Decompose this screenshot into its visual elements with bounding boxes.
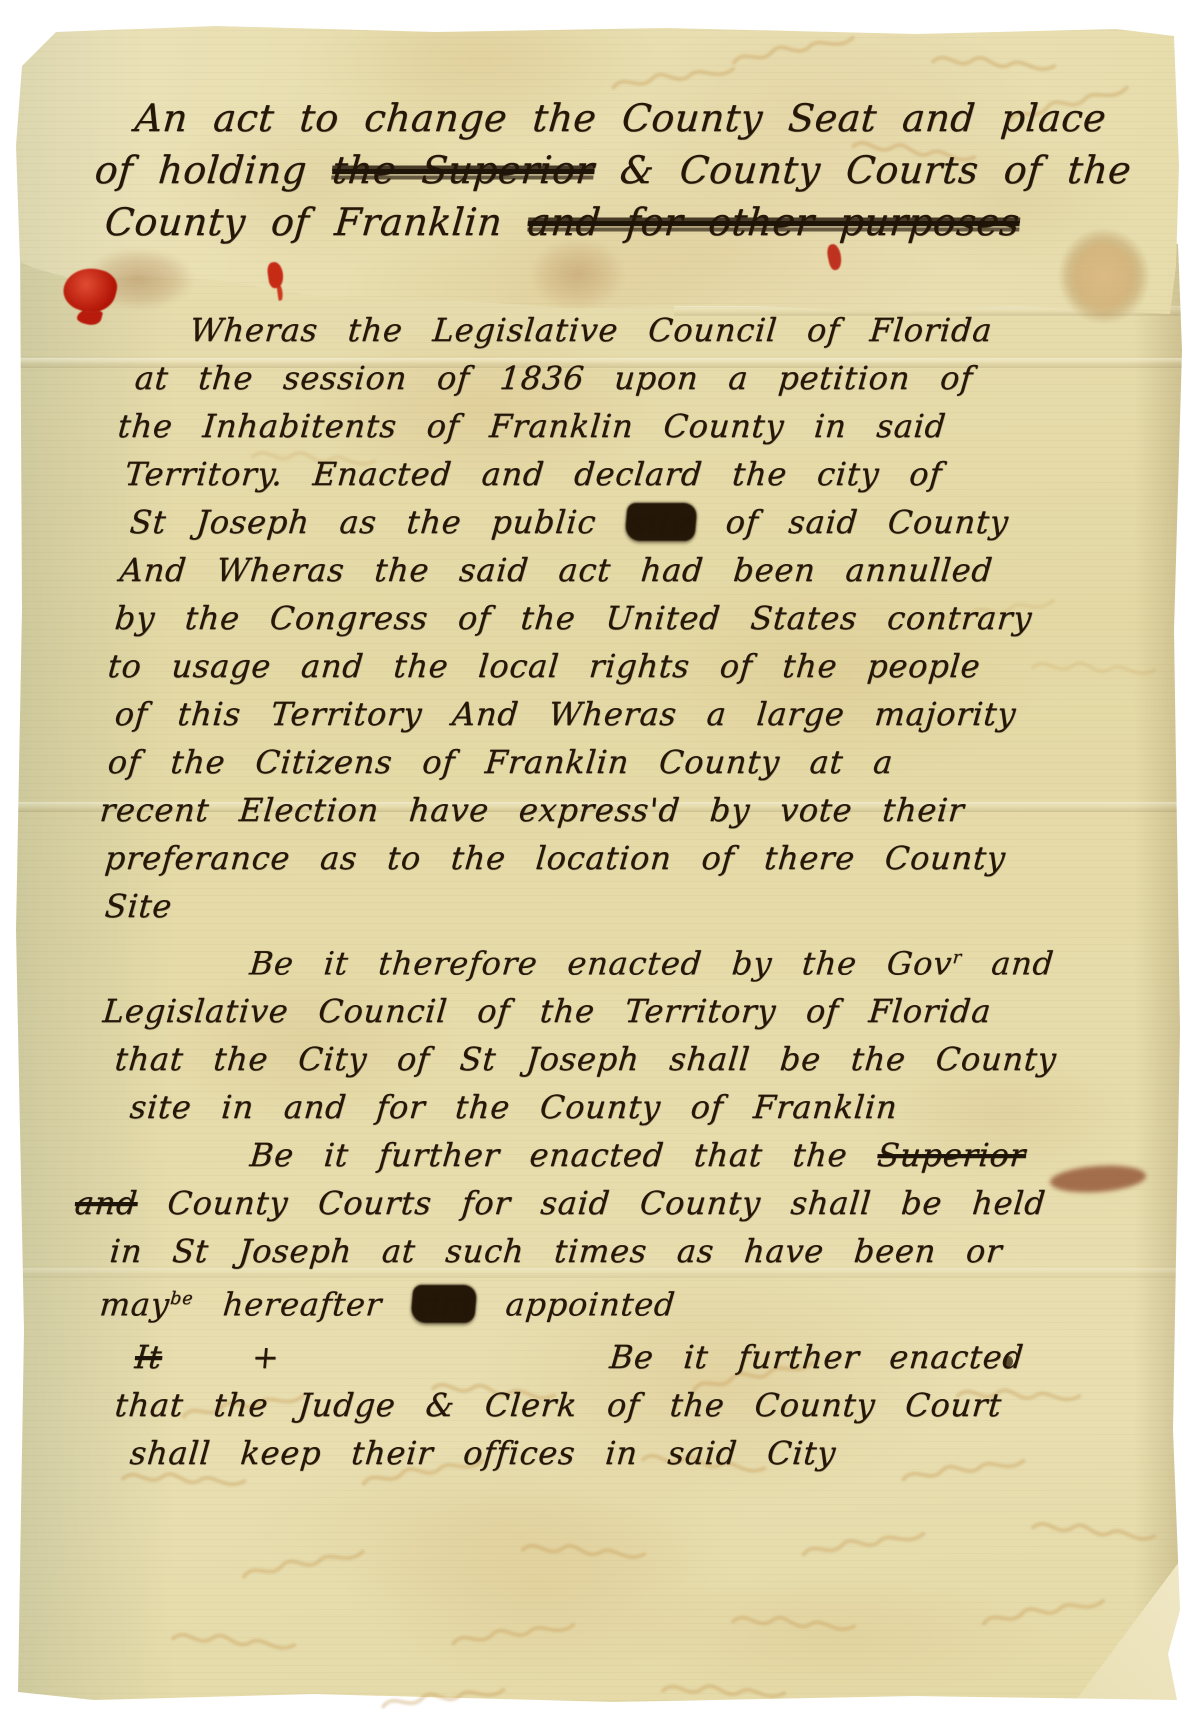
handwritten-text: of holding	[93, 148, 334, 192]
handwritten-line: Be it further enacted that the Superior	[248, 1131, 1059, 1179]
handwritten-line: maybe hereafter tim appointed	[98, 1275, 1059, 1328]
handwritten-text: Be it further enacted	[608, 1338, 1025, 1376]
handwritten-text: preferance as to the location of there C…	[103, 839, 1007, 877]
handwritten-line: It+Be it further enacted	[133, 1333, 1059, 1381]
handwritten-text: Be it therefore enacted by the Gov	[248, 944, 954, 982]
handwritten-text: Territory. Enacted and declard the city …	[123, 455, 943, 493]
handwritten-text: Site	[103, 887, 173, 925]
handwritten-text: shall keep their offices in said City	[128, 1434, 837, 1472]
handwritten-text: Legislative Council of the Territory of …	[101, 992, 993, 1030]
struck-text: the Superior	[330, 148, 596, 192]
handwritten-text: County Courts for said County shall be h…	[136, 1184, 1048, 1222]
handwritten-text: appointed	[474, 1286, 677, 1324]
handwritten-text: An act to change the County Seat and pla…	[133, 96, 1108, 140]
handwritten-text: to usage and the local rights of the peo…	[106, 647, 982, 685]
body-text-block: Wheras the Legislative Council of Florid…	[100, 306, 1057, 1477]
handwritten-text: that the Judge & Clerk of the County Cou…	[113, 1386, 1003, 1424]
handwritten-text: that the City of St Joseph shall be the …	[113, 1040, 1058, 1078]
struck-text: It	[133, 1338, 163, 1376]
title-block: An act to change the County Seat and pla…	[95, 92, 1131, 248]
handwritten-line: Legislative Council of the Territory of …	[101, 987, 1059, 1035]
superscript-insertion: be	[169, 1289, 194, 1309]
handwritten-line: at the session of 1836 upon a petition o…	[133, 354, 1059, 402]
handwritten-line: by the Congress of the United States con…	[113, 594, 1059, 642]
handwritten-line: recent Election have express'd by vote t…	[98, 786, 1059, 834]
folded-corner	[1070, 1558, 1182, 1708]
handwritten-line: County of Franklin and for other purpose…	[103, 196, 1134, 248]
handwritten-text: of said County	[694, 503, 1010, 541]
handwritten-line: Wheras the Legislative Council of Florid…	[188, 306, 1059, 354]
handwritten-text: in St Joseph at such times as have been …	[108, 1232, 1004, 1270]
handwritten-line: the Inhabitents of Franklin County in sa…	[116, 402, 1059, 450]
handwritten-text: Be it further enacted that the	[248, 1136, 879, 1174]
handwritten-line: of the Citizens of Franklin County at a	[106, 738, 1059, 786]
handwritten-line: and County Courts for said County shall …	[73, 1179, 1059, 1227]
scan-background: An act to change the County Seat and pla…	[0, 0, 1200, 1723]
handwritten-line: shall keep their offices in said City	[128, 1429, 1059, 1477]
handwritten-line: of this Territory And Wheras a large maj…	[113, 690, 1059, 738]
handwritten-line: of holding the Superior & County Courts …	[93, 144, 1134, 196]
handwritten-line: in St Joseph at such times as have been …	[108, 1227, 1059, 1275]
inked-out-word: site	[625, 503, 698, 541]
handwritten-line: Site	[103, 882, 1059, 930]
handwritten-text: County of Franklin	[103, 200, 530, 244]
handwritten-text: of this Territory And Wheras a large maj…	[113, 695, 1018, 733]
handwritten-line: Be it therefore enacted by the Govr and	[248, 934, 1059, 987]
handwritten-line: that the City of St Joseph shall be the …	[113, 1035, 1059, 1083]
handwritten-text: recent Election have express'd by vote t…	[98, 791, 966, 829]
handwritten-line: An act to change the County Seat and pla…	[133, 92, 1134, 144]
handwritten-line: Territory. Enacted and declard the city …	[123, 450, 1059, 498]
handwritten-line: St Joseph as the public site of said Cou…	[128, 498, 1059, 546]
handwritten-text: and	[960, 944, 1056, 982]
inked-out-word: tim	[410, 1286, 477, 1324]
handwritten-text: +	[250, 1338, 281, 1376]
handwritten-text: at the session of 1836 upon a petition o…	[133, 359, 974, 397]
handwritten-text: Wheras the Legislative Council of Florid…	[188, 311, 994, 349]
handwritten-line: site in and for the County of Franklin	[128, 1083, 1059, 1131]
struck-text: Superior	[876, 1136, 1028, 1174]
handwritten-text: And Wheras the said act had been annulle…	[118, 551, 994, 589]
handwritten-text: may	[98, 1286, 171, 1324]
handwritten-line: And Wheras the said act had been annulle…	[118, 546, 1059, 594]
struck-text: and for other purposes	[526, 200, 1022, 244]
handwritten-text: St Joseph as the public	[128, 503, 628, 541]
handwritten-line: that the Judge & Clerk of the County Cou…	[113, 1381, 1059, 1429]
handwritten-text: & County Courts of the	[592, 148, 1133, 192]
handwritten-text: site in and for the County of Franklin	[128, 1088, 899, 1126]
handwritten-text: hereafter	[191, 1286, 413, 1324]
handwritten-text: of the Citizens of Franklin County at a	[106, 743, 895, 781]
handwritten-line: preferance as to the location of there C…	[103, 834, 1059, 882]
struck-text: and	[73, 1184, 139, 1222]
handwritten-text: by the Congress of the United States con…	[113, 599, 1034, 637]
handwritten-line: to usage and the local rights of the peo…	[106, 642, 1059, 690]
handwritten-text: the Inhabitents of Franklin County in sa…	[116, 407, 947, 445]
